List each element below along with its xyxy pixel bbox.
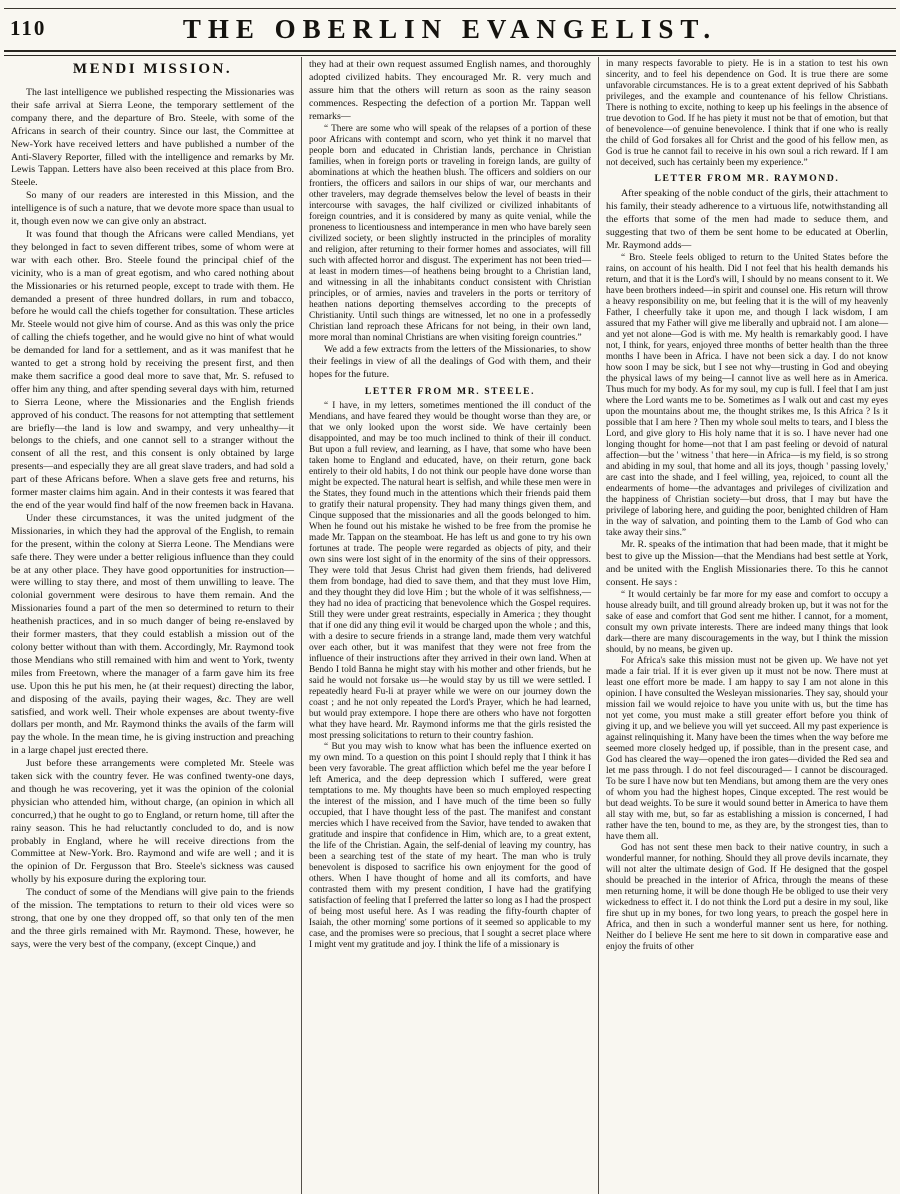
page-header: 110 THE OBERLIN EVANGELIST. — [0, 10, 900, 48]
paragraph-continuation: they had at their own request assumed En… — [309, 59, 591, 124]
quoted-paragraph: For Africa's sake this mission must not … — [606, 656, 888, 843]
column-2: they had at their own request assumed En… — [301, 57, 598, 1194]
article-title: MENDI MISSION. — [11, 61, 294, 78]
column-container: MENDI MISSION. The last intelligence we … — [4, 57, 896, 1194]
paragraph-continuation: in many respects favorable to piety. He … — [606, 59, 888, 169]
paragraph: We add a few extracts from the letters o… — [309, 344, 591, 383]
quoted-paragraph: God has not sent these men back to their… — [606, 843, 888, 953]
paragraph: After speaking of the noble conduct of t… — [606, 188, 888, 253]
paragraph: Mr. R. speaks of the intimation that had… — [606, 539, 888, 591]
masthead-title: THE OBERLIN EVANGELIST. — [0, 10, 900, 45]
page-number: 110 — [10, 16, 46, 41]
paragraph: Just before these arrangements were comp… — [11, 758, 294, 887]
paragraph: It was found that though the Africans we… — [11, 229, 294, 513]
quoted-paragraph: “ Bro. Steele feels obliged to return to… — [606, 253, 888, 539]
letter-heading-raymond: LETTER FROM MR. RAYMOND. — [606, 173, 888, 184]
quoted-paragraph: “ I have, in my letters, sometimes menti… — [309, 401, 591, 742]
header-double-rule — [4, 50, 896, 56]
paragraph: The conduct of some of the Mendians will… — [11, 887, 294, 952]
column-3: in many respects favorable to piety. He … — [598, 57, 895, 1194]
paragraph: The last intelligence we published respe… — [11, 87, 294, 190]
paragraph: Under these circumstances, it was the un… — [11, 513, 294, 758]
quoted-paragraph: “ But you may wish to know what has been… — [309, 742, 591, 951]
column-1: MENDI MISSION. The last intelligence we … — [4, 57, 301, 1194]
paragraph: So many of our readers are interested in… — [11, 190, 294, 229]
top-rule — [4, 8, 896, 9]
quoted-paragraph: “ There are some who will speak of the r… — [309, 124, 591, 344]
letter-heading-steele: LETTER FROM MR. STEELE. — [309, 386, 591, 397]
newspaper-page: 110 THE OBERLIN EVANGELIST. MENDI MISSIO… — [0, 0, 900, 1194]
quoted-paragraph: “ It would certainly be far more for my … — [606, 590, 888, 656]
